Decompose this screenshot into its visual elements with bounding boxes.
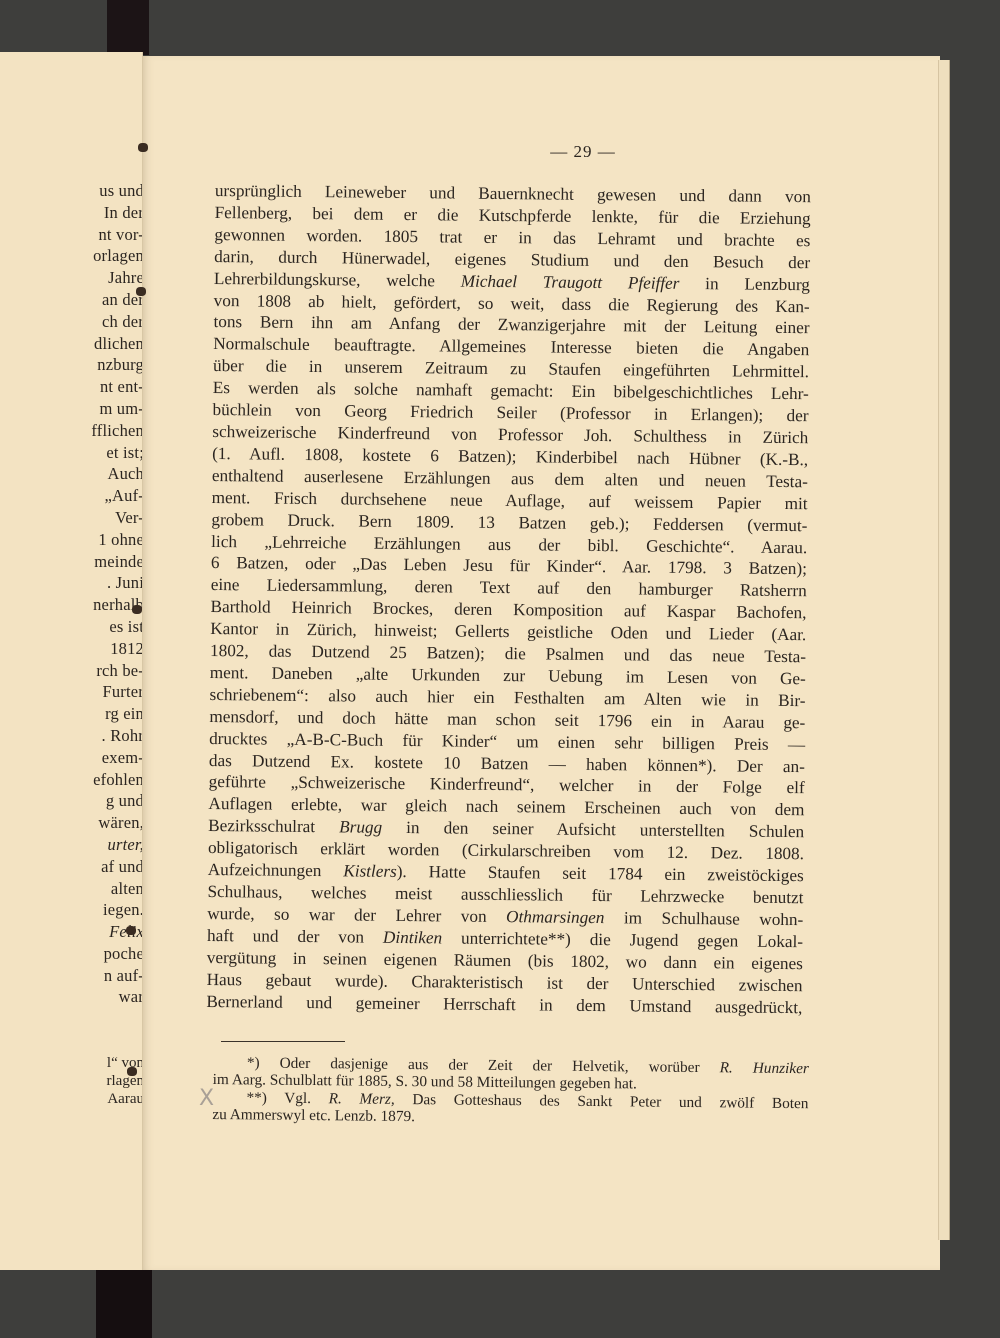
text-line: us und	[0, 180, 143, 202]
text-line: rch be-	[0, 660, 143, 682]
text-line: Auch	[0, 463, 143, 485]
body-text: ursprünglich Leineweber und Bauernknecht…	[206, 180, 811, 1019]
text-line: g und	[0, 790, 143, 812]
text-line: wären,	[0, 812, 143, 834]
text-line: efohlen	[0, 769, 143, 791]
page-edge	[938, 60, 950, 1240]
text-line: ch der	[0, 311, 143, 333]
text-line: nzburg	[0, 354, 143, 376]
binding-hole-icon	[138, 143, 148, 152]
text-line: af und	[0, 856, 143, 878]
text-line: et ist;	[0, 442, 143, 464]
spine-top	[107, 0, 149, 55]
text-line: iegen.	[0, 899, 143, 921]
text-line: poche	[0, 943, 143, 965]
text-line: nt vor-	[0, 224, 143, 246]
text-line: Furter	[0, 681, 143, 703]
text-line: meinde	[0, 551, 143, 573]
text-line: rg ein	[0, 703, 143, 725]
text-line: exem-	[0, 747, 143, 769]
binding-hole-icon	[136, 287, 146, 296]
text-line: es ist	[0, 616, 143, 638]
text-line: 1812	[0, 638, 143, 660]
text-line: Ver-	[0, 507, 143, 529]
page-number: — 29 —	[463, 142, 703, 162]
text-line: dlichen	[0, 333, 143, 355]
text-line: In der	[0, 202, 143, 224]
footnote-line: rlagen	[0, 1072, 143, 1090]
text-line: 1 ohne	[0, 529, 143, 551]
left-page: us undIn dernt vor-orlagenJahrean derch …	[0, 52, 143, 1270]
left-page-text: us undIn dernt vor-orlagenJahrean derch …	[0, 180, 143, 1008]
spine-bottom	[96, 1268, 152, 1338]
text-line: nerhalb	[0, 594, 143, 616]
text-line: . Juni	[0, 572, 143, 594]
text-line: m um-	[0, 398, 143, 420]
text-line: Felix	[0, 921, 143, 943]
text-line: n auf-	[0, 965, 143, 987]
footnote-line: Aarau	[0, 1090, 143, 1108]
right-page: — 29 — ursprünglich Leineweber und Bauer…	[143, 56, 940, 1270]
text-line: . Rohr	[0, 725, 143, 747]
text-line: „Auf-	[0, 485, 143, 507]
text-line: fflichen	[0, 420, 143, 442]
text-line: an der	[0, 289, 143, 311]
binding-hole-icon	[127, 1067, 137, 1076]
text-line: nt ent-	[0, 376, 143, 398]
footnotes: *) Oder dasjenige aus der Zeit der Helve…	[212, 1054, 809, 1130]
text-line: orlagen	[0, 245, 143, 267]
text-line: Jahre	[0, 267, 143, 289]
text-line: war	[0, 986, 143, 1008]
footnote-line: l“ von	[0, 1054, 143, 1072]
text-line: urter,	[0, 834, 143, 856]
binding-hole-icon	[132, 605, 142, 614]
binding-hole-icon	[126, 926, 136, 935]
left-page-footnote: l“ vonrlagenAarau	[0, 1054, 143, 1108]
footnote-rule	[221, 1041, 345, 1042]
text-line: alten	[0, 878, 143, 900]
